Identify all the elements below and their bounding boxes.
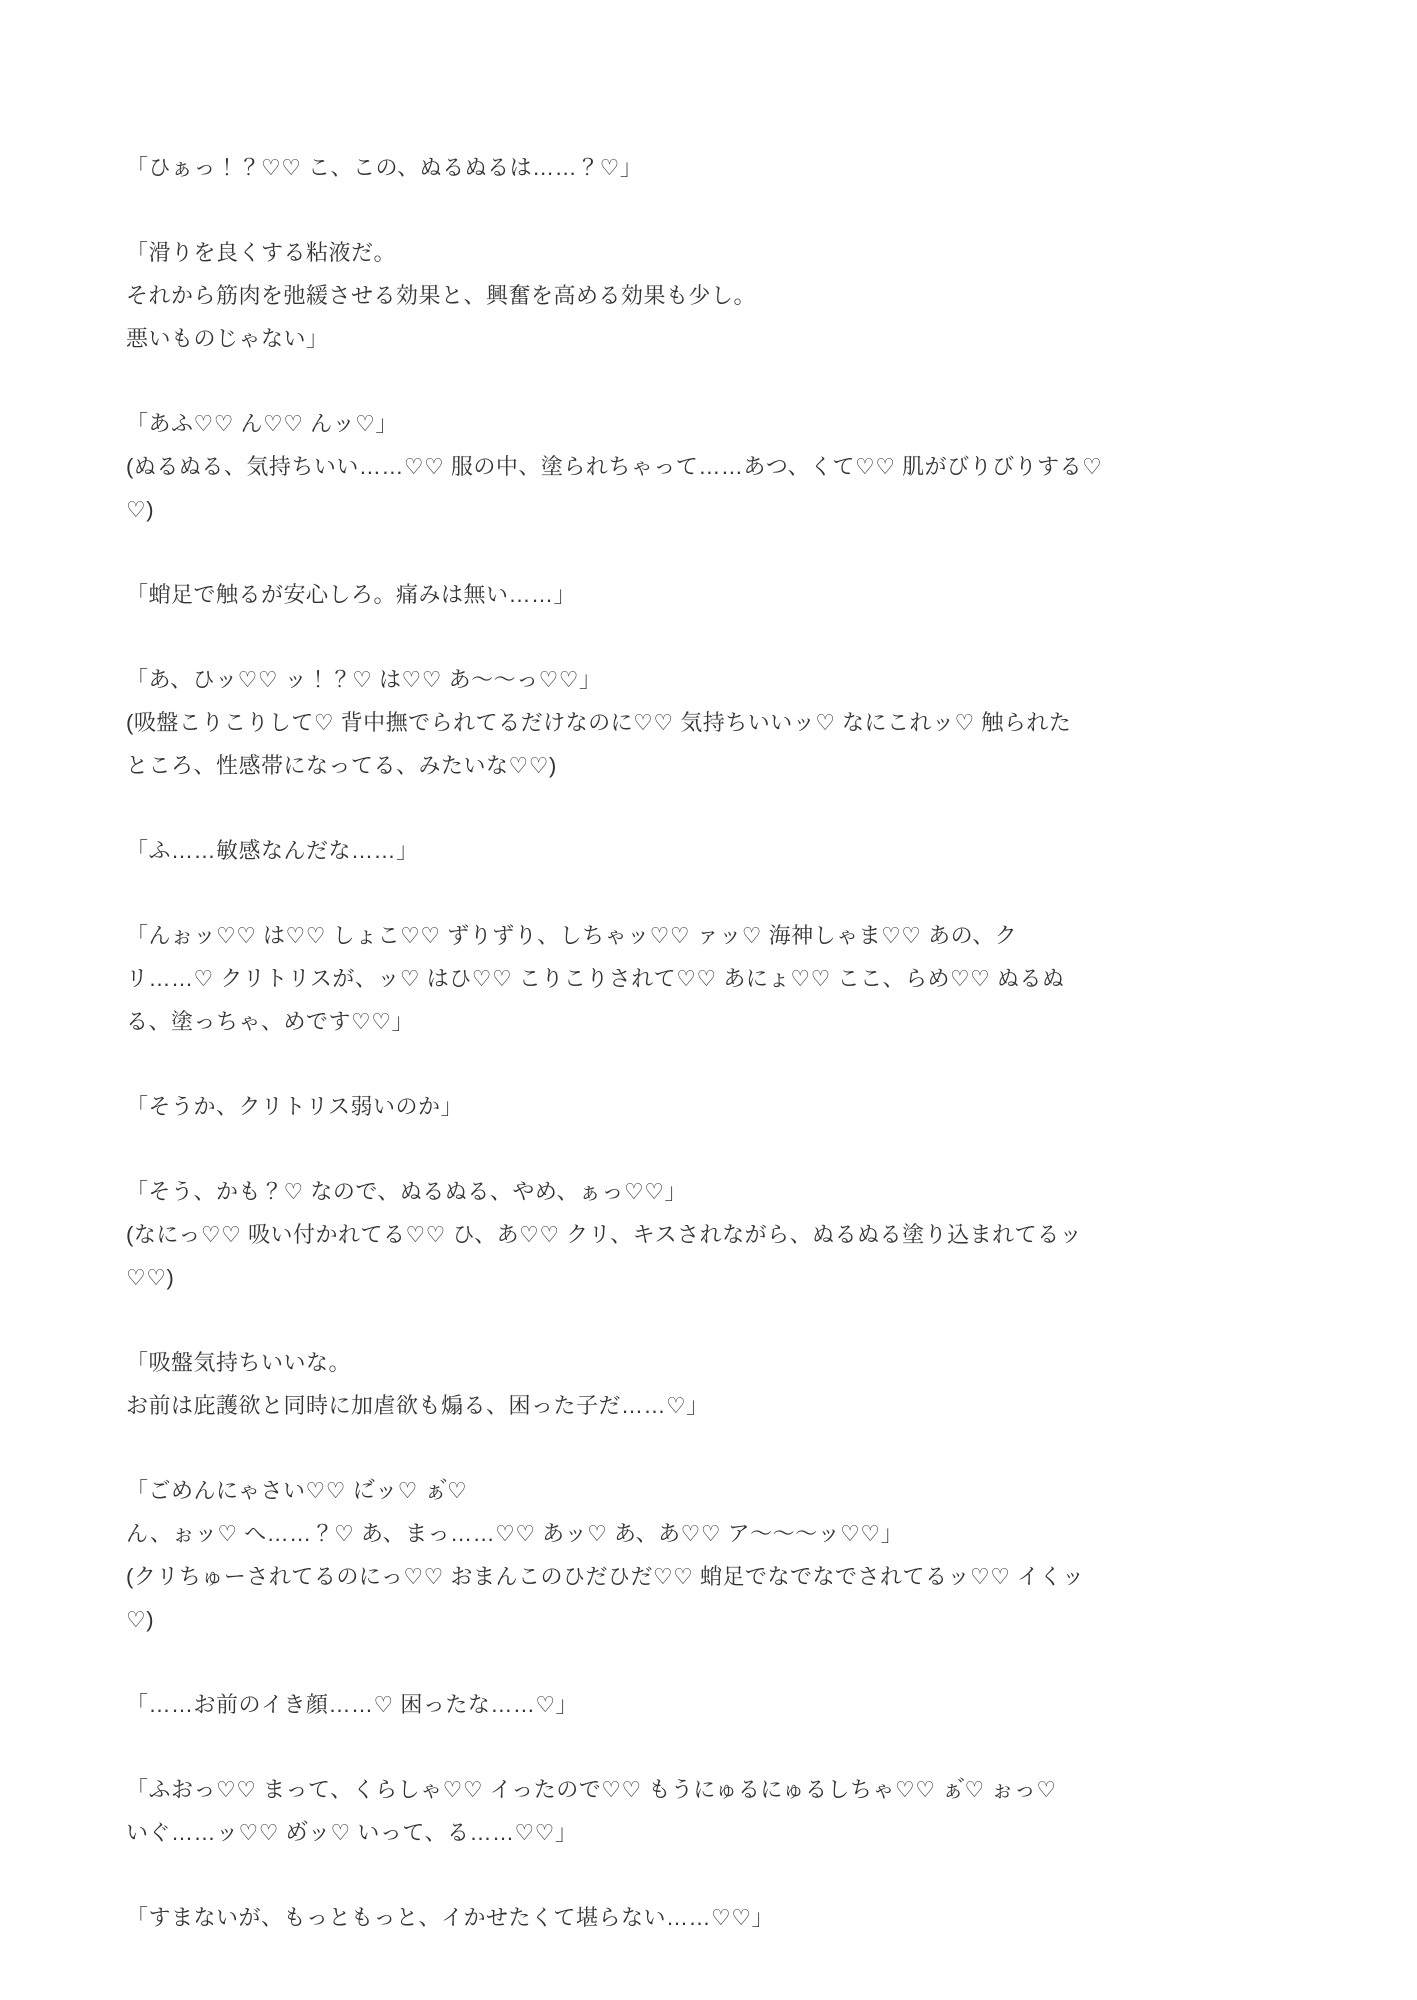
text-line: 「ふおっ♡♡ まって、くらしゃ♡♡ イったので♡♡ もうにゅるにゅるしちゃ♡♡ …	[126, 1768, 1291, 1811]
text-line: ん、ぉッ♡ へ……？♡ あ、まっ……♡♡ あッ♡ あ、あ♡♡ ア〜〜〜ッ♡♡」	[126, 1512, 1291, 1555]
text-line: (吸盤こりこりして♡ 背中撫でられてるだけなのに♡♡ 気持ちいいッ♡ なにこれッ…	[126, 701, 1291, 744]
paragraph: 「滑りを良くする粘液だ。 それから筋肉を弛緩させる効果と、興奮を高める効果も少し…	[126, 231, 1291, 360]
text-line: 悪いものじゃない」	[126, 317, 1291, 360]
text-line: 「そう、かも？♡ なので、ぬるぬる、やめ、ぁっ♡♡」	[126, 1170, 1291, 1213]
text-line: リ……♡ クリトリスが、ッ♡ はひ♡♡ こりこりされて♡♡ あにょ♡♡ ここ、ら…	[126, 957, 1291, 1000]
text-line: (なにっ♡♡ 吸い付かれてる♡♡ ひ、あ♡♡ クリ、キスされながら、ぬるぬる塗り…	[126, 1213, 1291, 1256]
document-page: 「ひぁっ！？♡♡ こ、この、ぬるぬるは……？♡」 「滑りを良くする粘液だ。 それ…	[0, 0, 1417, 2000]
text-line: ところ、性感帯になってる、みたいな♡♡)	[126, 744, 1291, 787]
paragraph: 「ふおっ♡♡ まって、くらしゃ♡♡ イったので♡♡ もうにゅるにゅるしちゃ♡♡ …	[126, 1768, 1291, 1854]
text-line: ♡)	[126, 1598, 1291, 1641]
paragraph: 「蛸足で触るが安心しろ。痛みは無い……」	[126, 573, 1291, 616]
text-line: 「吸盤気持ちいいな。	[126, 1341, 1291, 1384]
text-line: いぐ……ッ♡♡ め゙ッ♡ いって、る……♡♡」	[126, 1811, 1291, 1854]
text-line: 「あふ♡♡ ん♡♡ んッ♡」	[126, 402, 1291, 445]
text-line: ♡♡)	[126, 1256, 1291, 1299]
text-line: 「ごめんにゃさい♡♡ に゙ッ♡ ぁ゙♡	[126, 1469, 1291, 1512]
text-line: (ぬるぬる、気持ちいい……♡♡ 服の中、塗られちゃって……あつ、くて♡♡ 肌がび…	[126, 445, 1291, 488]
text-line: 「滑りを良くする粘液だ。	[126, 231, 1291, 274]
text-line: 「そうか、クリトリス弱いのか」	[126, 1085, 1291, 1128]
text-line: (クリちゅーされてるのにっ♡♡ おまんこのひだひだ♡♡ 蛸足でなでなでされてるッ…	[126, 1555, 1291, 1598]
text-line: 「蛸足で触るが安心しろ。痛みは無い……」	[126, 573, 1291, 616]
text-line: お前は庇護欲と同時に加虐欲も煽る、困った子だ……♡」	[126, 1384, 1291, 1427]
paragraph: 「そうか、クリトリス弱いのか」	[126, 1085, 1291, 1128]
paragraph: 「ひぁっ！？♡♡ こ、この、ぬるぬるは……？♡」	[126, 146, 1291, 189]
text-line: 「……お前のイき顔……♡ 困ったな……♡」	[126, 1683, 1291, 1726]
text-line: それから筋肉を弛緩させる効果と、興奮を高める効果も少し。	[126, 274, 1291, 317]
paragraph: 「あ、ひッ♡♡ ッ！？♡ は♡♡ あ〜〜っ♡♡」 (吸盤こりこりして♡ 背中撫で…	[126, 658, 1291, 787]
text-line: 「すまないが、もっともっと、イかせたくて堪らない……♡♡」	[126, 1896, 1291, 1939]
text-line: 「ふ……敏感なんだな……」	[126, 829, 1291, 872]
text-line: 「あ、ひッ♡♡ ッ！？♡ は♡♡ あ〜〜っ♡♡」	[126, 658, 1291, 701]
text-line: る、塗っちゃ、めです♡♡」	[126, 1000, 1291, 1043]
paragraph: 「ごめんにゃさい♡♡ に゙ッ♡ ぁ゙♡ ん、ぉッ♡ へ……？♡ あ、まっ……♡♡…	[126, 1469, 1291, 1641]
text-line: ♡)	[126, 488, 1291, 531]
paragraph: 「……お前のイき顔……♡ 困ったな……♡」	[126, 1683, 1291, 1726]
paragraph: 「吸盤気持ちいいな。 お前は庇護欲と同時に加虐欲も煽る、困った子だ……♡」	[126, 1341, 1291, 1427]
paragraph: 「すまないが、もっともっと、イかせたくて堪らない……♡♡」	[126, 1896, 1291, 1939]
paragraph: 「あふ♡♡ ん♡♡ んッ♡」 (ぬるぬる、気持ちいい……♡♡ 服の中、塗られちゃ…	[126, 402, 1291, 531]
text-line: 「ひぁっ！？♡♡ こ、この、ぬるぬるは……？♡」	[126, 146, 1291, 189]
paragraph: 「んぉッ♡♡ は♡♡ しょこ♡♡ ずりずり、しちゃッ♡♡ ァッ♡ 海神しゃま♡♡…	[126, 914, 1291, 1043]
paragraph: 「ふ……敏感なんだな……」	[126, 829, 1291, 872]
text-line: 「んぉッ♡♡ は♡♡ しょこ♡♡ ずりずり、しちゃッ♡♡ ァッ♡ 海神しゃま♡♡…	[126, 914, 1291, 957]
paragraph: 「そう、かも？♡ なので、ぬるぬる、やめ、ぁっ♡♡」 (なにっ♡♡ 吸い付かれて…	[126, 1170, 1291, 1299]
